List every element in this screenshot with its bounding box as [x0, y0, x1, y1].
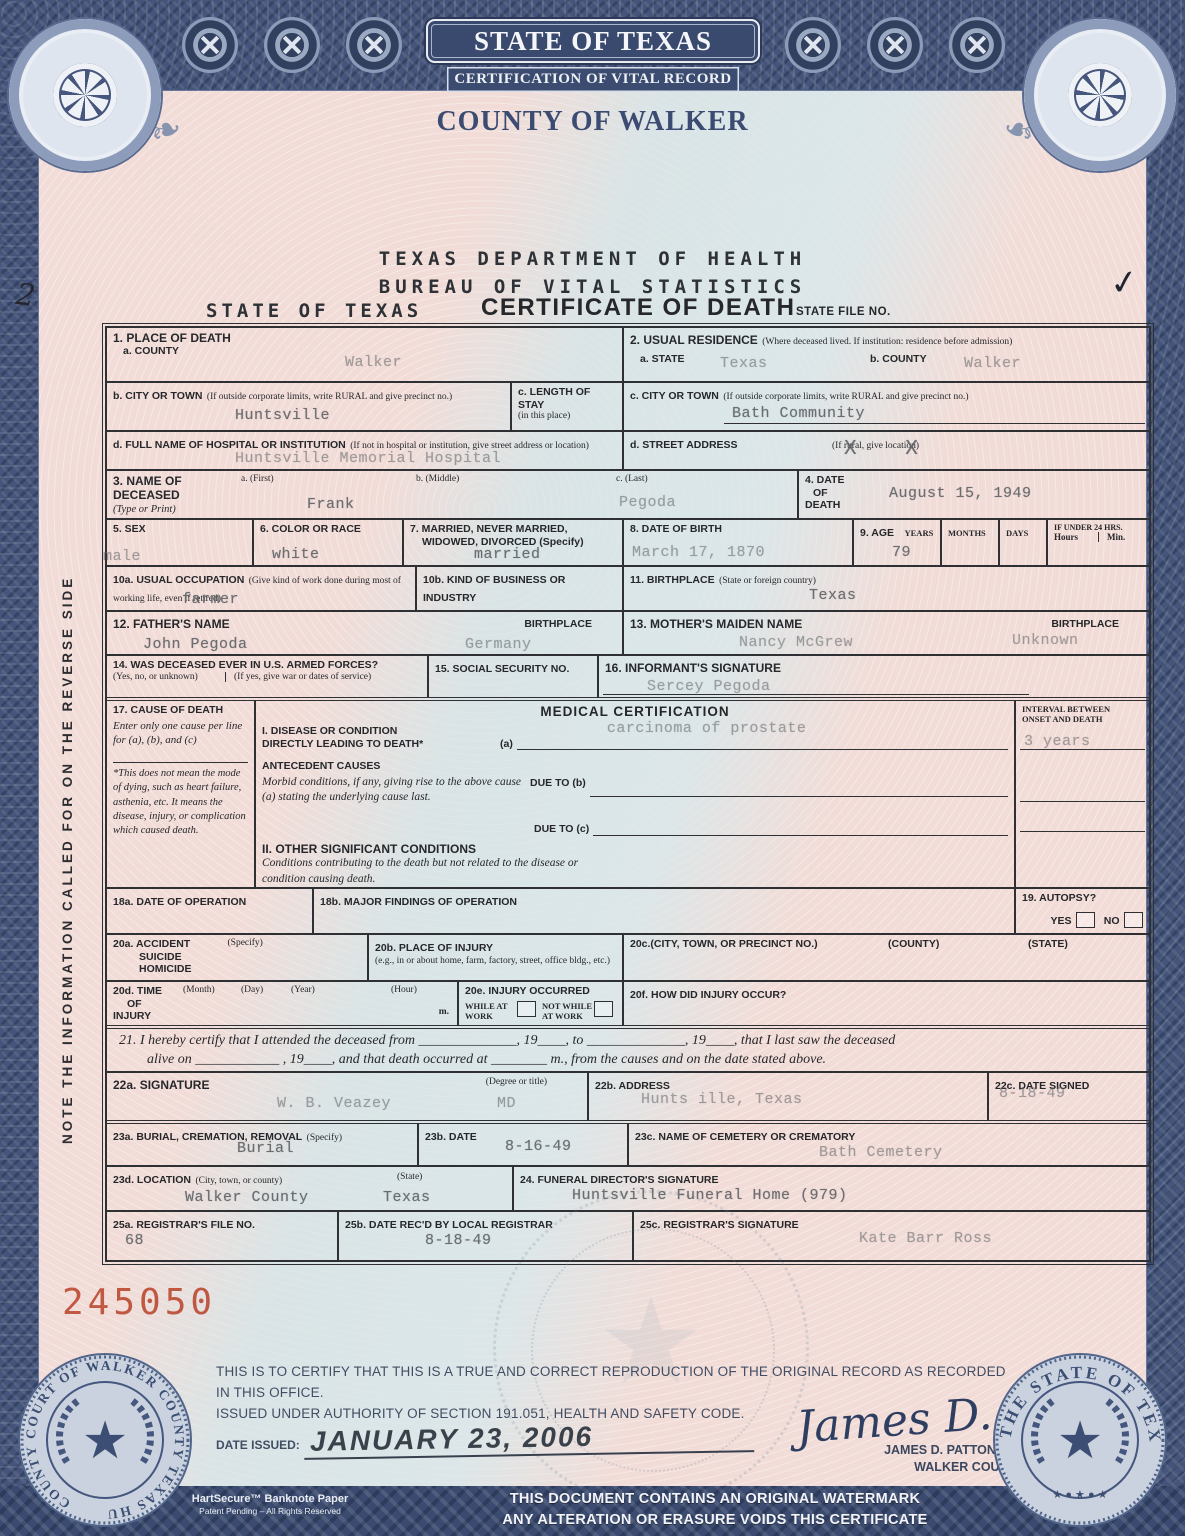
row-burial: 23a. BURIAL, CREMATION, REMOVAL (Specify… [107, 1120, 1149, 1165]
county-seal-star-icon: ★ [82, 1412, 129, 1470]
res-county-value: Walker [964, 355, 1021, 372]
occupation-value: farmer [182, 591, 239, 608]
city-label: b. CITY OR TOWN [113, 390, 202, 402]
dob-label: 8. DATE OF BIRTH [630, 523, 846, 536]
name-label: 3. NAME OF DECEASED [113, 474, 241, 503]
cause-a-value: carcinoma of prostate [607, 720, 807, 737]
industry-label: 10b. KIND OF BUSINESS OR INDUSTRY [423, 574, 565, 604]
dept-line: TEXAS DEPARTMENT OF HEALTH [38, 248, 1147, 270]
watermark-warning-line2: ANY ALTERATION OR ERASURE VOIDS THIS CER… [435, 1510, 995, 1531]
not-while-at-work-checkbox [594, 1001, 613, 1017]
type-or-print-note: (Type or Print) [113, 503, 791, 517]
corner-rosette-icon [1024, 19, 1176, 171]
x-medallion-icon [785, 17, 841, 73]
row-hospital-street: d. FULL NAME OF HOSPITAL OR INSTITUTION … [107, 430, 1149, 469]
x-medallion-icon [867, 17, 923, 73]
county-value: Walker [345, 354, 402, 371]
row-city: b. CITY OR TOWN (If outside corporate li… [107, 381, 1149, 430]
mother-name-value: Nancy McGrew [739, 634, 853, 651]
usual-residence-label: 2. USUAL RESIDENCE [630, 333, 758, 347]
signature-label: 22a. SIGNATURE [113, 1078, 209, 1092]
autopsy-yes-label: YES [1050, 915, 1071, 927]
year-label: (Year) [291, 985, 361, 1023]
place-of-injury-note: (e.g., in or about home, farm, factory, … [375, 956, 616, 966]
date-issued-row: DATE ISSUED: JANUARY 23, 2006 [216, 1422, 754, 1456]
location-note: (City, town, or county) [195, 1176, 282, 1186]
father-name-label: 12. FATHER'S NAME [113, 617, 230, 631]
cemetery-label: 23c. NAME OF CEMETERY OR CREMATORY [635, 1131, 855, 1143]
row-armed-forces-informant: 14. WAS DECEASED EVER IN U.S. ARMED FORC… [107, 654, 1149, 697]
embossed-seal-watermark: ★ [493, 1190, 809, 1506]
day-label: (Day) [241, 985, 291, 1023]
last-name-value: Pegoda [619, 494, 676, 511]
banner-title: STATE OF TEXAS [474, 26, 712, 57]
while-at-work-checkbox [517, 1001, 536, 1017]
age-days-label: DAYS [1006, 528, 1028, 538]
disease-a-tag: (a) [500, 738, 513, 751]
injury-occurred-label: 20e. INJURY OCCURRED [465, 985, 616, 998]
date-of-death-value: August 15, 1949 [889, 485, 1032, 502]
accident-specify-note: (Specify) [228, 938, 263, 976]
street-address-value: X X [844, 438, 936, 461]
armed-forces-note2: (If yes, give war or dates of service) [226, 672, 371, 682]
mother-name-label: 13. MOTHER'S MAIDEN NAME [630, 617, 802, 631]
antecedent-label: ANTECEDENT CAUSES [262, 760, 1008, 773]
watermark-warning: THIS DOCUMENT CONTAINS AN ORIGINAL WATER… [435, 1489, 995, 1531]
serial-number: 245050 [62, 1282, 216, 1323]
race-label: 6. COLOR OR RACE [260, 523, 396, 536]
age-label: 9. AGE [860, 527, 894, 539]
homicide-label: HOMICIDE [139, 963, 192, 976]
age-value: 79 [892, 544, 911, 561]
state-seal-star-icon: ★ [1057, 1412, 1104, 1470]
certificate-page: STATE OF TEXAS CERTIFICATION OF VITAL RE… [0, 0, 1185, 1536]
findings-label: 18b. MAJOR FINDINGS OF OPERATION [320, 896, 517, 908]
registrar-file-label: 25a. REGISTRAR'S FILE NO. [113, 1219, 255, 1231]
min-label: Min. [1099, 532, 1125, 542]
reverse-side-note: NOTE THE INFORMATION CALLED FOR ON THE R… [60, 438, 75, 1144]
medical-certification-section: 17. CAUSE OF DEATH Enter only one cause … [107, 697, 1149, 887]
race-value: white [272, 546, 320, 563]
autopsy-no-label: NO [1104, 915, 1120, 927]
physician-signature-value: W. B. Veazey [277, 1095, 391, 1112]
handwritten-margin-mark: 2 [14, 277, 38, 314]
location-label: 23d. LOCATION [113, 1174, 191, 1186]
city-note: (If outside corporate limits, write RURA… [207, 392, 452, 402]
birthplace-label: 11. BIRTHPLACE [630, 574, 715, 586]
certify-line1: 21. I hereby certify that I attended the… [119, 1032, 1143, 1051]
father-birthplace-value: Germany [465, 636, 532, 653]
funeral-director-label: 24. FUNERAL DIRECTOR'S SIGNATURE [520, 1174, 719, 1186]
time-of-injury-label1: 20d. TIME [113, 985, 183, 998]
watermark-warning-line1: THIS DOCUMENT CONTAINS AN ORIGINAL WATER… [435, 1489, 995, 1510]
row-time-of-injury: 20d. TIME OF INJURY (Month) (Day) (Year)… [107, 980, 1149, 1025]
place-of-injury-label: 20b. PLACE OF INJURY [375, 942, 493, 954]
burial-note: (Specify) [307, 1133, 342, 1143]
row-occupation-birthplace: 10a. USUAL OCCUPATION (Give kind of work… [107, 565, 1149, 610]
sex-value: male [103, 548, 141, 565]
suicide-label: SUICIDE [139, 951, 192, 964]
date-recd-label: 25b. DATE REC'D BY LOCAL REGISTRAR [345, 1219, 553, 1231]
time-of-injury-label2: OF [127, 998, 183, 1011]
time-of-injury-label3: INJURY [113, 1010, 183, 1023]
autopsy-no-checkbox [1124, 912, 1143, 928]
burial-value: Burial [237, 1140, 294, 1157]
location-state-value: Texas [383, 1189, 431, 1206]
state-of-texas-banner: STATE OF TEXAS [426, 19, 760, 63]
physician-address-value: Hunts ille, Texas [641, 1091, 803, 1108]
place-of-death-label: 1. PLACE OF DEATH [113, 331, 616, 345]
certificate-paper: COUNTY OF WALKER ❧ ❧ ✓ NOTE THE INFORMAT… [38, 90, 1147, 1488]
medical-certification-title: MEDICAL CERTIFICATION [262, 704, 1008, 719]
row-place-usual-residence: 1. PLACE OF DEATH a. COUNTY Walker 2. US… [107, 328, 1149, 381]
armed-forces-note1: (Yes, no, or unknown) [113, 672, 226, 682]
hours-label: Hours [1054, 532, 1099, 542]
county-heading: COUNTY OF WALKER [38, 106, 1147, 138]
ssn-label: 15. SOCIAL SECURITY NO. [435, 663, 569, 675]
due-to-c-label: DUE TO (c) [534, 823, 589, 836]
registrar-signature-value: Kate Barr Ross [859, 1230, 992, 1247]
cause-of-death-label: 17. CAUSE OF DEATH [113, 704, 248, 717]
other-conditions-label: II. OTHER SIGNIFICANT CONDITIONS [262, 842, 1008, 856]
burial-date-label: 23b. DATE [425, 1131, 477, 1143]
not-while-at-work-label: NOT WHILE AT WORK [542, 1001, 594, 1021]
morbid-note: Morbid conditions, if any, giving rise t… [262, 775, 530, 806]
interval-label1: INTERVAL BETWEEN [1022, 704, 1143, 714]
length-of-stay-label: c. LENGTH OF STAY [518, 386, 616, 411]
date-signed-value: 8-18-49 [999, 1085, 1066, 1102]
age-years-label: YEARS [905, 528, 934, 538]
while-at-work-label: WHILE AT WORK [465, 1001, 517, 1021]
accident-label: 20a. ACCIDENT [113, 938, 192, 951]
location-value: Walker County [185, 1189, 309, 1206]
birthplace-note: (State or foreign country) [719, 576, 816, 586]
informant-label: 16. INFORMANT'S SIGNATURE [605, 661, 781, 675]
date-issued-handwritten: JANUARY 23, 2006 [304, 1418, 755, 1460]
usual-residence-note: (Where deceased lived. If institution: r… [762, 337, 1012, 347]
dob-value: March 17, 1870 [632, 544, 765, 561]
cemetery-value: Bath Cemetery [819, 1144, 943, 1161]
state-of-texas-seal: THE STATE OF TEXAS ★ ★ ● ★ ● ★ [992, 1352, 1168, 1528]
res-state-value: Texas [720, 355, 768, 372]
hospital-value: Huntsville Memorial Hospital [235, 450, 501, 467]
month-label: (Month) [183, 985, 241, 1023]
due-to-b-label: DUE TO (b) [530, 777, 586, 790]
cause-footnote: *This does not mean the mode of dying, s… [113, 762, 248, 838]
row-certify-statement: 21. I hereby certify that I attended the… [107, 1025, 1149, 1071]
father-birthplace-label: BIRTHPLACE [524, 618, 592, 631]
armed-forces-label: 14. WAS DECEASED EVER IN U.S. ARMED FORC… [113, 659, 421, 672]
row-parents: 12. FATHER'S NAME BIRTHPLACE John Pegoda… [107, 610, 1149, 654]
state-file-no-label: STATE FILE NO. [796, 306, 891, 318]
occupation-label: 10a. USUAL OCCUPATION [113, 574, 244, 586]
under-24-label: IF UNDER 24 HRS. [1054, 523, 1143, 532]
row-operation-autopsy: 18a. DATE OF OPERATION 18b. MAJOR FINDIN… [107, 887, 1149, 933]
registrar-file-value: 68 [125, 1232, 144, 1249]
marital-label: 7. MARRIED, NEVER MARRIED, [410, 523, 616, 536]
disease-label1: I. DISEASE OR CONDITION [262, 725, 500, 738]
age-months-label: MONTHS [948, 528, 986, 538]
state-seal-stars-row: ★ ● ★ ● ★ [1052, 1489, 1107, 1501]
city-value: Huntsville [235, 407, 330, 424]
informant-value: Sercey Pegoda [647, 678, 771, 695]
date-recd-value: 8-18-49 [425, 1232, 492, 1249]
first-name-value: Frank [307, 496, 355, 513]
degree-value: MD [497, 1095, 516, 1112]
row-physician-signature: 22a. SIGNATURE (Degree or title) W. B. V… [107, 1071, 1149, 1120]
disease-label2: DIRECTLY LEADING TO DEATH* [262, 738, 500, 751]
interval-value: 3 years [1024, 733, 1091, 750]
corner-rosette-icon [9, 19, 161, 171]
date-issued-label: DATE ISSUED: [216, 1438, 300, 1456]
certify-line2: alive on ____________ , 19____, and that… [147, 1051, 1143, 1070]
date-of-operation-label: 18a. DATE OF OPERATION [113, 896, 246, 908]
res-city-label: c. CITY OR TOWN [630, 390, 719, 402]
middle-label: b. (Middle) [416, 474, 616, 503]
injury-county-label: (COUNTY) [888, 938, 1028, 951]
length-of-stay-note: (in this place) [518, 411, 616, 421]
interval-label2: ONSET AND DEATH [1022, 714, 1143, 724]
document-header: TEXAS DEPARTMENT OF HEALTH BUREAU OF VIT… [38, 248, 1147, 298]
m-label: m. [439, 1007, 449, 1017]
sex-label: 5. SEX [113, 523, 246, 536]
location-state-label: (State) [397, 1172, 422, 1182]
row-location-funeral-director: 23d. LOCATION (City, town, or county) (S… [107, 1165, 1149, 1210]
marital-value: married [474, 546, 541, 563]
res-city-value: Bath Community [732, 405, 865, 422]
birthplace-value: Texas [809, 587, 857, 604]
row-name-date-of-death: 3. NAME OF DECEASED a. (First) b. (Middl… [107, 469, 1149, 518]
res-city-note: (If outside corporate limits, write RURA… [723, 392, 968, 402]
x-medallion-icon [949, 17, 1005, 73]
mother-birthplace-value: Unknown [1012, 632, 1079, 649]
x-medallion-icon [182, 17, 238, 73]
certification-banner: CERTIFICATION OF VITAL RECORD [447, 67, 739, 92]
how-injury-label: 20f. HOW DID INJURY OCCUR? [630, 989, 786, 1001]
death-certificate-form: 1. PLACE OF DEATH a. COUNTY Walker 2. US… [102, 323, 1154, 1265]
row-sex-race-age: 5. SEX male 6. COLOR OR RACE white 7. MA… [107, 518, 1149, 565]
street-address-label: d. STREET ADDRESS [630, 439, 738, 451]
res-county-label: b. COUNTY [870, 353, 927, 366]
funeral-director-value: Huntsville Funeral Home (979) [572, 1187, 848, 1204]
degree-label: (Degree or title) [486, 1077, 547, 1087]
x-medallion-icon [264, 17, 320, 73]
burial-date-value: 8-16-49 [505, 1138, 572, 1155]
cause-enter-note: Enter only one cause per line for (a), (… [113, 719, 248, 749]
x-medallion-icon [346, 17, 402, 73]
banner-subtitle: CERTIFICATION OF VITAL RECORD [454, 71, 731, 88]
header-state: STATE OF TEXAS [206, 300, 422, 322]
autopsy-yes-checkbox [1076, 912, 1095, 928]
autopsy-label: 19. AUTOPSY? [1022, 892, 1143, 905]
hour-label: (Hour) [391, 985, 417, 1023]
county-court-seal: COUNTY COURT OF WALKER COUNTY TEXAS HUNT… [17, 1352, 193, 1528]
injury-city-label: 20c.(CITY, TOWN, OR PRECINCT NO.) [630, 938, 888, 951]
row-accident-place: 20a. ACCIDENT SUICIDE HOMICIDE (Specify)… [107, 933, 1149, 980]
certificate-title: CERTIFICATE OF DEATH [481, 294, 795, 322]
father-name-value: John Pegoda [143, 636, 248, 653]
other-conditions-note: Conditions contributing to the death but… [262, 856, 592, 887]
injury-state-label: (STATE) [1028, 938, 1068, 951]
mother-birthplace-label: BIRTHPLACE [1051, 618, 1119, 631]
